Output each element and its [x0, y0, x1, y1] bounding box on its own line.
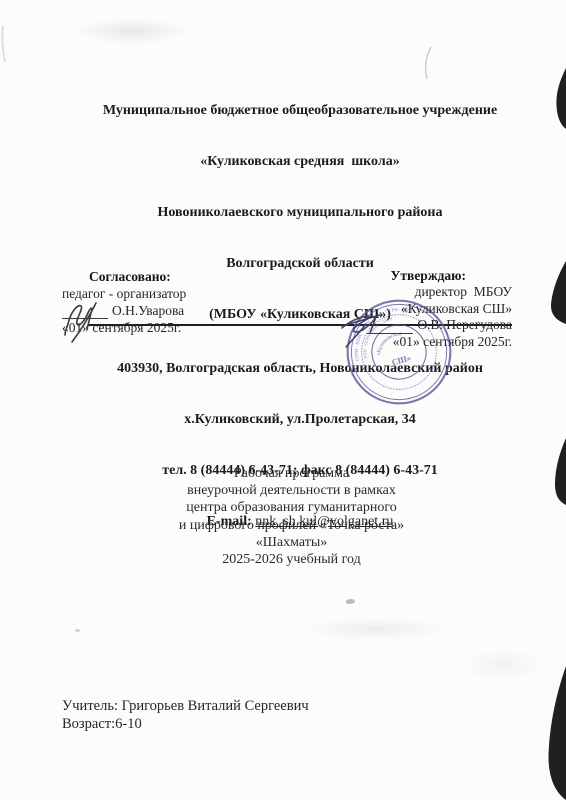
scan-artifact-blob	[548, 666, 566, 800]
agreed-block: Согласовано: педагог - организатор О.Н.У…	[62, 268, 272, 336]
program-subject-line: «Шахматы»	[17, 534, 566, 551]
org-name-line: «Куликовская средняя школа»	[34, 153, 566, 170]
scan-artifact-blob	[555, 438, 566, 505]
approved-block: Утверждаю: директор МБОУ «Куликовская СШ…	[332, 268, 512, 350]
scan-artifact-blob	[556, 68, 566, 129]
agreed-date: «01» сентября 2025г.	[62, 319, 272, 336]
scan-smudge	[300, 617, 450, 641]
scan-edge-mark	[2, 26, 5, 62]
signature-line	[62, 304, 108, 319]
program-title-block: Рабочая программа внеурочной деятельност…	[17, 465, 566, 568]
scan-speck	[346, 598, 356, 604]
scan-edge-artifacts	[546, 0, 566, 800]
program-title-line: внеурочной деятельности в рамках	[17, 482, 566, 499]
program-title-line: и цифрового профилей «Точка роста»	[17, 517, 566, 534]
scan-artifact-blob	[551, 261, 566, 324]
scan-smudge	[460, 648, 545, 682]
scan-smudge	[75, 18, 190, 45]
signature-line	[367, 319, 413, 334]
agreed-title: Согласовано:	[62, 268, 272, 285]
program-title-line: центра образования гуманитарного	[17, 499, 566, 516]
approved-role: директор МБОУ	[332, 284, 512, 300]
approved-date: «01» сентября 2025г.	[332, 334, 512, 350]
document-footer: Учитель: Григорьев Виталий Сергеевич Воз…	[62, 698, 309, 733]
org-name-line: Новониколаевского муниципального района	[34, 204, 566, 221]
address-line: х.Куликовский, ул.Пролетарская, 34	[34, 411, 566, 428]
address-line: 403930, Волгоградская область, Новоникол…	[34, 360, 566, 377]
program-year-line: 2025-2026 учебный год	[17, 551, 566, 568]
document-page: Муниципальное бюджетное общеобразователь…	[0, 0, 566, 800]
stamp-center-abbrev: СШ»	[391, 353, 412, 367]
approved-title: Утверждаю:	[332, 268, 466, 284]
approved-name: О.В. Перегудова	[417, 317, 512, 333]
org-name-line: Муниципальное бюджетное общеобразователь…	[34, 102, 566, 119]
program-title-line: Рабочая программа	[17, 465, 566, 482]
approved-role: «Куликовская СШ»	[332, 301, 512, 317]
approved-name-row: О.В. Перегудова	[332, 317, 512, 333]
agreed-name-row: О.Н.Уварова	[62, 302, 272, 319]
age-line: Возраст:6-10	[62, 716, 309, 734]
teacher-line: Учитель: Григорьев Виталий Сергеевич	[62, 698, 309, 716]
agreed-role: педагог - организатор	[62, 285, 272, 302]
agreed-name: О.Н.Уварова	[112, 302, 184, 319]
scan-speck	[75, 629, 80, 632]
